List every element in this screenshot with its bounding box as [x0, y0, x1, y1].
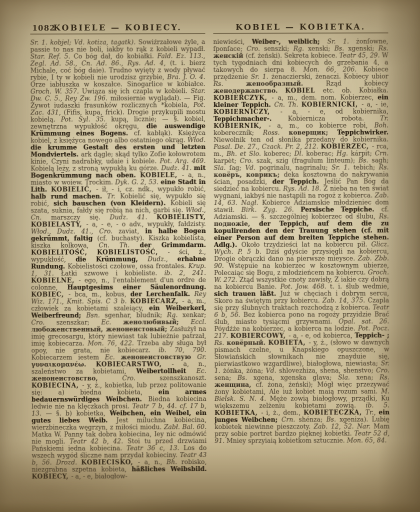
running-head-left: KOBIELE — KOBIECY. — [30, 22, 205, 35]
header-rule-right — [213, 32, 388, 34]
text-run: Ec. — [196, 368, 206, 375]
page-content: 1082 KOBIELE — KOBIECY. KOBIEL — KOBIETK… — [0, 0, 420, 512]
text-run: Sla. — [338, 374, 356, 381]
text-run: Rs. — [379, 164, 389, 171]
text-run: Bs. — [326, 417, 339, 424]
text-run: Crn. — [281, 417, 298, 424]
text-run: Gr. — [197, 354, 206, 361]
text-run: Vd. — [266, 368, 279, 375]
text-run: Ec. — [105, 354, 121, 361]
text-run: Rs. — [214, 340, 226, 347]
text-run: Rg. — [293, 46, 308, 53]
text-run: - a, - e, białogłow- — [71, 473, 127, 479]
text-run: Sla. — [214, 165, 230, 172]
text-run: Bh. — [167, 459, 182, 466]
text-run: Vd. — [245, 165, 259, 172]
text-run: Tr., — [365, 409, 378, 416]
text-run: Włod. — [187, 137, 205, 144]
text-run: Cro. — [240, 158, 257, 165]
text-run: Hg. — [337, 151, 351, 158]
header-rule-left — [30, 33, 205, 35]
text-run: Mniey sprzyiaią kobietkom sztucznie. — [227, 438, 347, 445]
text-run: Rs. — [379, 213, 389, 220]
text-run: Rg. — [167, 312, 182, 319]
text-run: Cro. — [376, 367, 389, 374]
text-run: Wstępuie na kobierzec w kosztownym ubier… — [214, 262, 389, 277]
text-run: Bs. — [334, 46, 348, 53]
text-run: Tr. — [380, 115, 388, 122]
text-run: Bs. — [237, 375, 253, 382]
text-column-left: Sr. 1. kobjel; Vd. kotiza, tagatk). Sowi… — [30, 39, 207, 480]
text-run: Bsn. — [86, 312, 105, 319]
text-column-right: niewieści, Weiber-, weiblich; Sr. 1. żon… — [213, 38, 389, 445]
running-head-right: KOBIEL — KOBIETKA. — [213, 21, 388, 34]
text-run: Sr. 1. — [251, 74, 271, 81]
text-run: sagh; — [372, 157, 389, 164]
text-run: Rs. — [380, 374, 390, 381]
running-head-left-text: KOBIELE — KOBIECY. — [53, 22, 182, 32]
running-head-right-text: KOBIEL — KOBIETKA. — [236, 21, 366, 31]
text-run: Mon. 65, 84. — [347, 437, 387, 444]
text-run: Crn. — [375, 150, 389, 157]
text-run: Rs. — [378, 45, 388, 52]
text-run: KOBIECY, — [32, 473, 71, 479]
text-run: Dl. — [294, 151, 306, 158]
text-run: ſag; — [229, 165, 245, 172]
text-run: Sr. 1. — [332, 164, 354, 171]
text-run: Bs. — [359, 157, 372, 164]
text-run: Cro. — [247, 46, 264, 53]
text-run: häßliches Weibsbild. — [132, 466, 207, 473]
text-run: Eccl. — [191, 319, 207, 326]
text-run: Tr. — [107, 193, 120, 200]
scanned-dictionary-page: 1082 KOBIELE — KOBIECY. KOBIEL — KOBIETK… — [0, 0, 420, 512]
text-run: Boh. — [374, 122, 388, 129]
